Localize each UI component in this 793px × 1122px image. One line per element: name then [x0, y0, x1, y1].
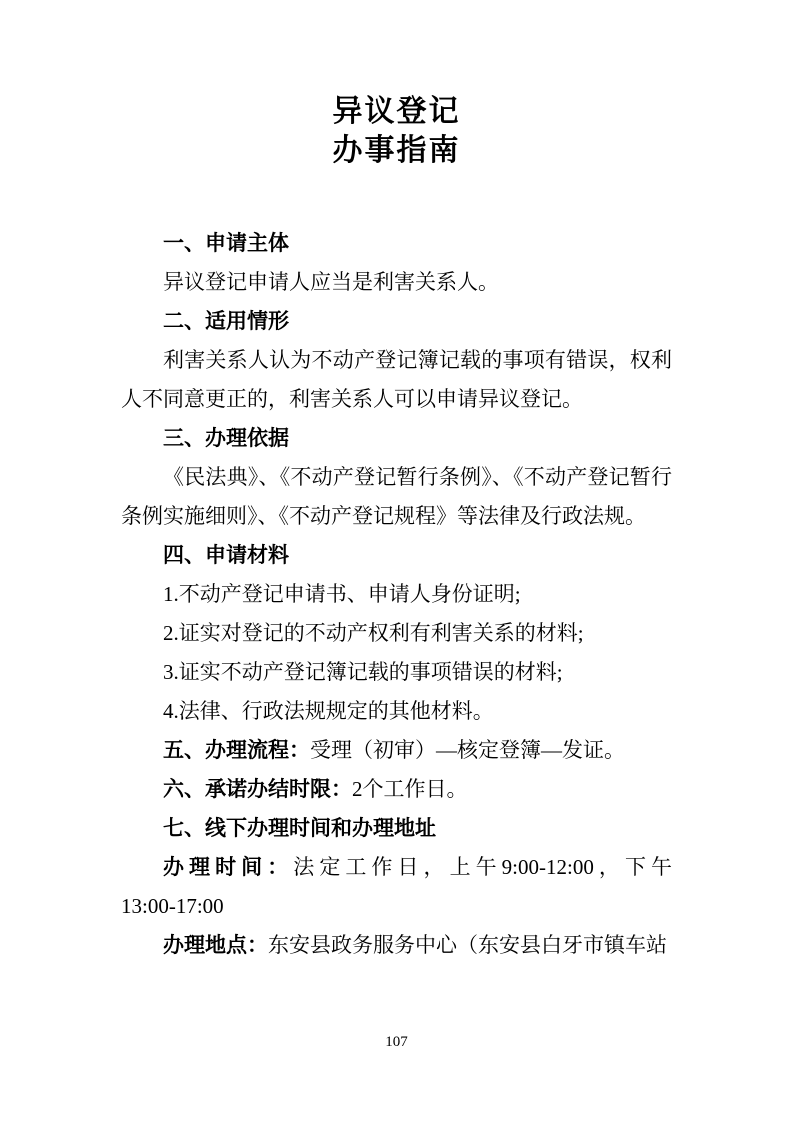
paragraph-legal-basis: 《民法典》、《不动产登记暂行条例》、《不动产登记暂行条例实施细则》、《不动产登记…: [121, 458, 672, 536]
office-hours-text: 法定工作日，上午9:00-12:00，下午: [293, 855, 672, 879]
section-heading-1: 一、申请主体: [121, 224, 672, 263]
section-line-5: 五、办理流程：受理（初审）—核定登簿—发证。: [121, 731, 672, 770]
list-item-4: 4.法律、行政法规规定的其他材料。: [121, 692, 672, 731]
section-heading-2: 二、适用情形: [121, 302, 672, 341]
office-location-text: 东安县政务服务中心（东安县白牙市镇车站: [268, 933, 667, 957]
list-item-2: 2.证实对登记的不动产权利有利害关系的材料;: [121, 614, 672, 653]
list-item-3: 3.证实不动产登记簿记载的事项错误的材料;: [121, 653, 672, 692]
time-limit-text: 2个工作日。: [352, 777, 468, 801]
office-hours-label: 办理时间：: [163, 855, 293, 879]
section-heading-7: 七、线下办理时间和办理地址: [121, 809, 672, 848]
document-title: 异议登记 办事指南: [0, 0, 793, 170]
office-hours-continuation: 13:00-17:00: [121, 887, 672, 926]
section-heading-3: 三、办理依据: [121, 419, 672, 458]
process-flow-text: 受理（初审）—核定登簿—发证。: [310, 738, 625, 762]
section-heading-4: 四、申请材料: [121, 536, 672, 575]
section-heading-6: 六、承诺办结时限：: [163, 778, 352, 801]
section-heading-5: 五、办理流程：: [163, 739, 310, 762]
office-location-label: 办理地点：: [163, 933, 268, 957]
list-item-1: 1.不动产登记申请书、申请人身份证明;: [121, 575, 672, 614]
page-number: 107: [0, 1032, 793, 1052]
paragraph-applicant: 异议登记申请人应当是利害关系人。: [121, 263, 672, 302]
office-location-line: 办理地点：东安县政务服务中心（东安县白牙市镇车站: [121, 926, 672, 965]
section-line-6: 六、承诺办结时限：2个工作日。: [121, 770, 672, 809]
title-line-2: 办事指南: [0, 131, 793, 170]
office-hours-line: 办理时间：法定工作日，上午9:00-12:00，下午: [121, 848, 672, 887]
title-line-1: 异议登记: [0, 92, 793, 131]
paragraph-situation: 利害关系人认为不动产登记簿记载的事项有错误，权利人不同意更正的，利害关系人可以申…: [121, 341, 672, 419]
document-body: 一、申请主体 异议登记申请人应当是利害关系人。 二、适用情形 利害关系人认为不动…: [121, 224, 672, 965]
document-page: 异议登记 办事指南 一、申请主体 异议登记申请人应当是利害关系人。 二、适用情形…: [0, 0, 793, 1122]
